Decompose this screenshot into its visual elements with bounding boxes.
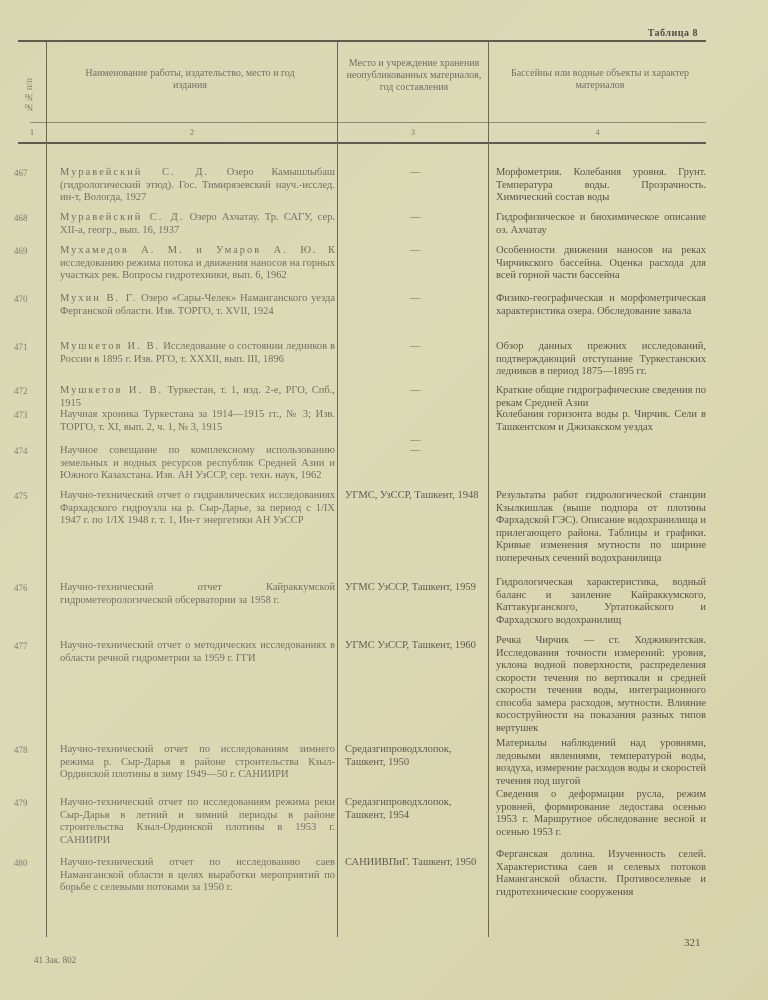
row-author: Мухамедов А. М. и Умаров А. Ю. bbox=[60, 245, 318, 256]
row-description: Обзор данных прежних исследований, подтв… bbox=[496, 341, 706, 379]
row-number: 473 bbox=[14, 409, 50, 422]
header-col1: №№ п/п bbox=[24, 78, 34, 112]
row-title: Мушкетов И. В. Исследование о состоянии … bbox=[60, 341, 335, 366]
header-subrule bbox=[30, 122, 706, 123]
header-bottom-rule bbox=[18, 142, 706, 144]
row-title: Муравейский С. Д. Озеро Камышлыбаш (гидр… bbox=[60, 167, 335, 205]
row-title: Мушкетов И. В. Туркестан, т. 1, изд. 2-е… bbox=[60, 385, 335, 410]
row-title: Научная хроника Туркестана за 1914—1915 … bbox=[60, 409, 335, 434]
row-description: Морфометрия. Колебания уровня. Грунт. Те… bbox=[496, 167, 706, 205]
row-number: 475 bbox=[14, 490, 50, 503]
row-number: 472 bbox=[14, 385, 50, 398]
row-title: Научное совещание по комплексному исполь… bbox=[60, 445, 335, 483]
row-place: Средазгипроводхлопок, Ташкент, 1950 bbox=[345, 744, 485, 769]
row-title: Научно-технический отчет Кайраккумской г… bbox=[60, 582, 335, 607]
row-number: 476 bbox=[14, 582, 50, 595]
row-description: Речка Чирчик — ст. Ходжикентская. Исслед… bbox=[496, 635, 706, 735]
col-number-1: 1 bbox=[18, 128, 46, 137]
header-col3: Место и учреждение хранения неопубликова… bbox=[340, 58, 488, 94]
row-title: Научно-технический отчет по исследования… bbox=[60, 744, 335, 782]
print-order-mark: 41 Зак. 802 bbox=[34, 955, 76, 965]
row-number: 480 bbox=[14, 857, 50, 870]
row-place: — bbox=[410, 385, 421, 398]
row-place: — bbox=[410, 245, 421, 258]
row-number: 471 bbox=[14, 341, 50, 354]
row-place: — bbox=[410, 167, 421, 180]
row-author: Мухин В. Г. bbox=[60, 293, 137, 304]
row-number: 479 bbox=[14, 797, 50, 810]
row-title: Научно-технический отчет о методических … bbox=[60, 640, 335, 665]
row-place: САНИИВПиГ. Ташкент, 1950 bbox=[345, 857, 485, 870]
row-description: Краткие общие гидрографические сведения … bbox=[496, 385, 706, 410]
row-place: — bbox=[410, 212, 421, 225]
header-col2: Наименование работы, издательство, место… bbox=[80, 68, 300, 92]
row-title: Научно-технический отчет о гидравлически… bbox=[60, 490, 335, 528]
row-title: Мухин В. Г. Озеро «Сары-Челек» Наманганс… bbox=[60, 293, 335, 318]
row-description: Физико-географическая и морфометрическая… bbox=[496, 293, 706, 318]
row-description: Колебания горизонта воды р. Чирчик. Сели… bbox=[496, 409, 706, 434]
row-place: — bbox=[410, 445, 421, 458]
row-description: Гидрофизическое и биохимическое описание… bbox=[496, 212, 706, 237]
column-divider-3 bbox=[488, 42, 489, 937]
row-author: Мушкетов И. В. bbox=[60, 385, 163, 396]
row-description: Сведения о деформации русла, режим уровн… bbox=[496, 789, 706, 839]
row-number: 468 bbox=[14, 212, 50, 225]
row-place: УГМС УзССР, Ташкент, 1960 bbox=[345, 640, 485, 653]
table-label: Таблица 8 bbox=[648, 28, 698, 39]
row-place: УГМС, УзССР, Ташкент, 1948 bbox=[345, 490, 485, 503]
row-place: УГМС УзССР, Ташкент, 1959 bbox=[345, 582, 485, 595]
row-description: Ферганская долина. Изученность селей. Ха… bbox=[496, 849, 706, 899]
row-number: 477 bbox=[14, 640, 50, 653]
row-description: Результаты работ гидрологической станции… bbox=[496, 490, 706, 565]
row-author: Мушкетов И. В. bbox=[60, 341, 160, 352]
row-number: 478 bbox=[14, 744, 50, 757]
row-description: Материалы наблюдений над уровнями, ледов… bbox=[496, 738, 706, 788]
row-number: 467 bbox=[14, 167, 50, 180]
row-number: 469 bbox=[14, 245, 50, 258]
row-description: Гидрологическая характеристика, водный б… bbox=[496, 577, 706, 627]
col-number-2: 2 bbox=[47, 128, 337, 137]
col-number-4: 4 bbox=[489, 128, 706, 137]
row-author: Муравейский С. Д. bbox=[60, 212, 184, 223]
row-number: 470 bbox=[14, 293, 50, 306]
row-place: — bbox=[410, 341, 421, 354]
row-description: Особенности движения наносов на реках Чи… bbox=[496, 245, 706, 283]
row-title: Научно-технический отчет по исследования… bbox=[60, 797, 335, 847]
row-title: Научно-технический отчет по исследованию… bbox=[60, 857, 335, 895]
row-place: — bbox=[410, 293, 421, 306]
row-number: 474 bbox=[14, 445, 50, 458]
header-col4: Бассейны или водные объекты и характер м… bbox=[500, 68, 700, 92]
col-number-3: 3 bbox=[338, 128, 488, 137]
column-divider-2 bbox=[337, 42, 338, 937]
row-title: Муравейский С. Д. Озеро Ахчатау. Тр. САГ… bbox=[60, 212, 335, 237]
document-page: Таблица 8 №№ п/п Наименование работы, из… bbox=[0, 0, 768, 1000]
row-title: Мухамедов А. М. и Умаров А. Ю. К исследо… bbox=[60, 245, 335, 283]
row-place: Средазгипроводхлопок, Ташкент, 1954 bbox=[345, 797, 485, 822]
row-author: Муравейский С. Д. bbox=[60, 167, 209, 178]
header-top-rule bbox=[18, 40, 706, 42]
page-number: 321 bbox=[684, 937, 701, 949]
